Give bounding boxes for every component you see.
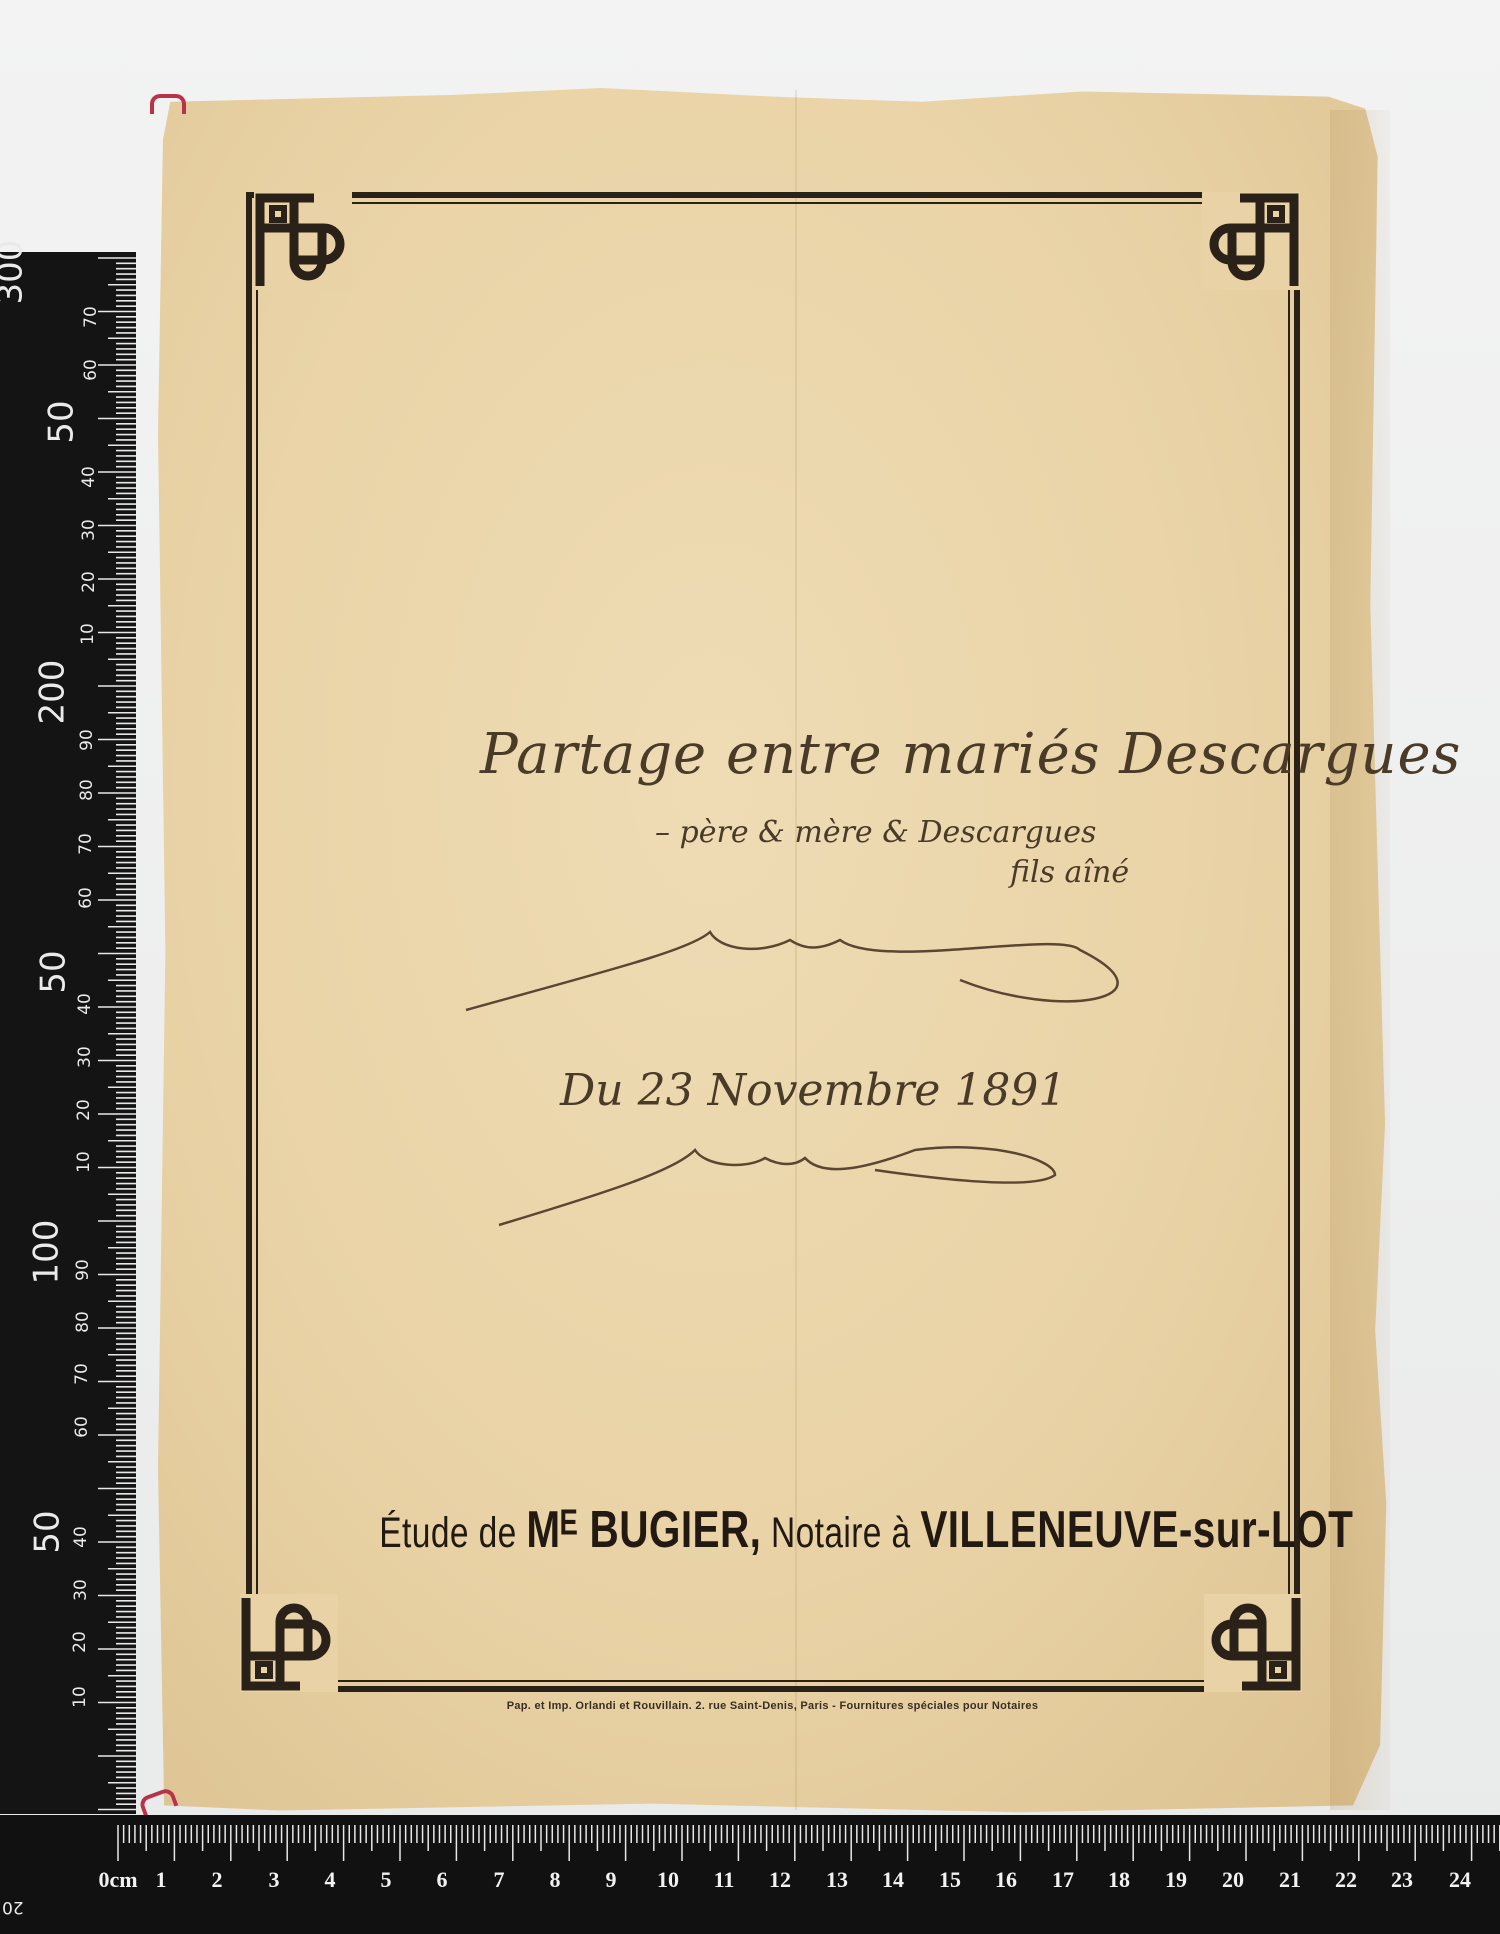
ruler-label: 18 <box>1108 1867 1130 1893</box>
vruler-label: 40 <box>71 1526 91 1548</box>
horizontal-ruler-ticks <box>100 1825 1500 1865</box>
vruler-label-big: 200 <box>32 660 72 725</box>
handwritten-line-2: – père & mère & Descargues <box>655 815 1096 850</box>
vruler-label: 30 <box>75 1046 95 1068</box>
vruler-label: 10 <box>78 623 98 645</box>
vruler-label: 70 <box>76 833 96 855</box>
handwritten-line-3: fils aîné <box>1010 855 1129 890</box>
vruler-label: 70 <box>72 1363 92 1385</box>
vruler-label: 30 <box>71 1579 91 1601</box>
ruler-label: 4 <box>325 1867 336 1893</box>
corner-ruler-label: 20 <box>2 1897 24 1917</box>
ruler-label: 9 <box>606 1867 617 1893</box>
ruler-label: 13 <box>826 1867 848 1893</box>
vruler-label: 80 <box>77 779 97 801</box>
vruler-label: 90 <box>77 729 97 751</box>
vruler-label: 40 <box>75 993 95 1015</box>
corner-knot-icon <box>240 1594 338 1692</box>
corner-knot-icon <box>1204 1594 1302 1692</box>
horizontal-ruler: 0cm 1 2 3 4 5 6 7 8 9 10 11 12 13 14 15 … <box>0 1815 1500 1934</box>
vruler-label: 40 <box>79 466 99 488</box>
header-part-2: Mᴱ BUGIER, <box>526 1501 761 1559</box>
vruler-label: 30 <box>79 519 99 541</box>
vertical-ruler: 300 50 200 50 100 50 70 60 40 30 20 10 9… <box>0 252 136 1814</box>
vruler-label: 20 <box>79 571 99 593</box>
vruler-label: 20 <box>70 1631 90 1653</box>
vruler-label: 20 <box>74 1099 94 1121</box>
vruler-label: 80 <box>73 1311 93 1333</box>
ribbon-top <box>150 94 186 114</box>
printer-imprint: Pap. et Imp. Orlandi et Rouvillain. 2. r… <box>240 1700 1305 1712</box>
handwritten-date: Du 23 Novembre 1891 <box>560 1065 1066 1116</box>
flourish-1 <box>460 910 1180 1020</box>
ruler-label: 5 <box>381 1867 392 1893</box>
ruler-label: 7 <box>494 1867 505 1893</box>
ruler-label: 1 <box>156 1867 167 1893</box>
ruler-label: 8 <box>550 1867 561 1893</box>
corner-knot-icon <box>1202 192 1300 290</box>
flourish-2 <box>495 1130 1095 1250</box>
ruler-label: 21 <box>1279 1867 1301 1893</box>
vruler-label: 60 <box>72 1416 92 1438</box>
vruler-label: 10 <box>70 1686 90 1708</box>
vruler-label: 60 <box>76 887 96 909</box>
vruler-label: 60 <box>81 359 101 381</box>
ruler-label: 16 <box>995 1867 1017 1893</box>
ruler-label: 12 <box>769 1867 791 1893</box>
ruler-label: 6 <box>437 1867 448 1893</box>
ruler-unit-label: 0cm <box>98 1867 137 1893</box>
header-part-4: VILLENEUVE-sur-LOT <box>920 1501 1353 1559</box>
ruler-label: 24 <box>1449 1867 1471 1893</box>
vruler-label-big: 50 <box>34 950 74 993</box>
vruler-label-big: 50 <box>28 1510 68 1553</box>
ruler-label: 23 <box>1391 1867 1413 1893</box>
vruler-label-big: 300 <box>0 240 30 305</box>
ruler-label: 10 <box>657 1867 679 1893</box>
ruler-label: 20 <box>1222 1867 1244 1893</box>
ruler-label: 2 <box>212 1867 223 1893</box>
vertical-ruler-ticks <box>96 252 136 1814</box>
vruler-label: 90 <box>73 1259 93 1281</box>
header-part-3: Notaire à <box>771 1509 911 1557</box>
ruler-label: 19 <box>1165 1867 1187 1893</box>
vruler-label: 10 <box>74 1151 94 1173</box>
ruler-label: 17 <box>1052 1867 1074 1893</box>
ruler-label: 3 <box>269 1867 280 1893</box>
notary-header: Étude de Mᴱ BUGIER, Notaire à VILLENEUVE… <box>379 1500 1182 1560</box>
ruler-label: 14 <box>882 1867 904 1893</box>
vruler-label-big: 100 <box>26 1220 66 1285</box>
handwritten-title: Partage entre mariés Descargues <box>480 722 1461 787</box>
ruler-label: 11 <box>714 1867 735 1893</box>
ruler-label: 15 <box>939 1867 961 1893</box>
header-part-1: Étude de <box>379 1509 516 1557</box>
ruler-label: 22 <box>1335 1867 1357 1893</box>
vruler-label-big: 50 <box>42 400 82 443</box>
vruler-label: 70 <box>81 306 101 328</box>
corner-knot-icon <box>254 192 352 290</box>
